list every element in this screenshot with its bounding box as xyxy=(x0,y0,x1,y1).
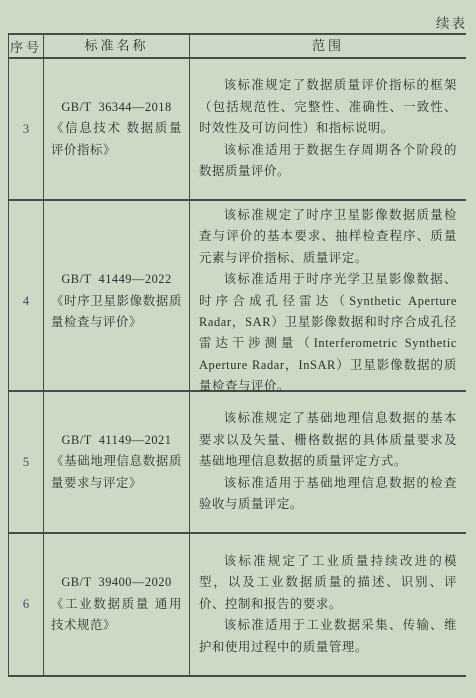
row-scope: 该标准规定了基础地理信息数据的基本要求以及矢量、栅格数据的具体质量要求及基础地理… xyxy=(190,392,466,532)
standard-code: GB/T 41149—2021 xyxy=(51,430,182,452)
standard-code: GB/T 41449—2022 xyxy=(51,269,182,291)
scope-paragraph: 该标准适用于时序光学卫星影像数据、时序合成孔径雷达（Synthetic Aper… xyxy=(199,269,457,397)
table-row-6: 6 GB/T 39400—2020 《工业数据质量 通用技术规范》 该标准规定了… xyxy=(9,534,466,675)
scope-paragraph: 该标准适用于基础地理信息数据的检查验收与质量评定。 xyxy=(199,473,457,516)
standard-code: GB/T 39400—2020 xyxy=(51,572,182,594)
table-header-row: 序号 标准名称 范围 xyxy=(9,35,466,59)
standard-title: 《信息技术 数据质量评价指标》 xyxy=(51,118,182,161)
row-scope: 该标准规定了时序卫星影像数据质量检查与评价的基本要求、抽样检查程序、质量元素与评… xyxy=(190,201,466,402)
header-standard-name: 标准名称 xyxy=(44,35,190,57)
row-standard-name: GB/T 41449—2022 《时序卫星影像数据质量检查与评价》 xyxy=(44,201,190,402)
table-row-3: 3 GB/T 36344—2018 《信息技术 数据质量评价指标》 该标准规定了… xyxy=(9,59,466,201)
standard-title: 《基础地理信息数据质量要求与评定》 xyxy=(51,451,182,494)
standard-title: 《时序卫星影像数据质量检查与评价》 xyxy=(51,291,182,334)
scope-paragraph: 该标准规定了时序卫星影像数据质量检查与评价的基本要求、抽样检查程序、质量元素与评… xyxy=(199,205,457,269)
row-serial-number: 4 xyxy=(9,201,44,402)
standard-title: 《工业数据质量 通用技术规范》 xyxy=(51,594,182,637)
standard-code: GB/T 36344—2018 xyxy=(51,97,182,119)
table-row-5: 5 GB/T 41149—2021 《基础地理信息数据质量要求与评定》 该标准规… xyxy=(9,392,466,534)
continued-table-label: 续表 xyxy=(436,12,467,32)
row-standard-name: GB/T 41149—2021 《基础地理信息数据质量要求与评定》 xyxy=(44,392,190,532)
row-scope: 该标准规定了数据质量评价指标的框架（包括规范性、完整性、准确性、一致性、时效性及… xyxy=(190,59,466,199)
row-scope: 该标准规定了工业质量持续改进的模型，以及工业数据质量的描述、识别、评价、控制和报… xyxy=(190,534,466,675)
header-serial-number: 序号 xyxy=(9,35,44,57)
row-standard-name: GB/T 39400—2020 《工业数据质量 通用技术规范》 xyxy=(44,534,190,675)
scanned-document-page: 续表 序号 标准名称 范围 3 GB/T 36344—2018 《信息技术 数据… xyxy=(0,0,476,698)
scope-paragraph: 该标准适用于数据生存周期各个阶段的数据质量评价。 xyxy=(199,140,457,183)
scope-paragraph: 该标准规定了数据质量评价指标的框架（包括规范性、完整性、准确性、一致性、时效性及… xyxy=(199,75,457,139)
table-row-4: 4 GB/T 41449—2022 《时序卫星影像数据质量检查与评价》 该标准规… xyxy=(9,201,466,392)
scope-paragraph: 该标准规定了基础地理信息数据的基本要求以及矢量、栅格数据的具体质量要求及基础地理… xyxy=(199,408,457,472)
header-scope: 范围 xyxy=(190,35,466,57)
scope-paragraph: 该标准规定了工业质量持续改进的模型，以及工业数据质量的描述、识别、评价、控制和报… xyxy=(199,551,457,615)
row-serial-number: 6 xyxy=(9,534,44,675)
row-serial-number: 3 xyxy=(9,59,44,199)
scope-paragraph: 该标准适用于工业数据采集、传输、维护和使用过程中的质量管理。 xyxy=(199,615,457,658)
standards-table: 序号 标准名称 范围 3 GB/T 36344—2018 《信息技术 数据质量评… xyxy=(8,33,466,677)
row-serial-number: 5 xyxy=(9,392,44,532)
row-standard-name: GB/T 36344—2018 《信息技术 数据质量评价指标》 xyxy=(44,59,190,199)
